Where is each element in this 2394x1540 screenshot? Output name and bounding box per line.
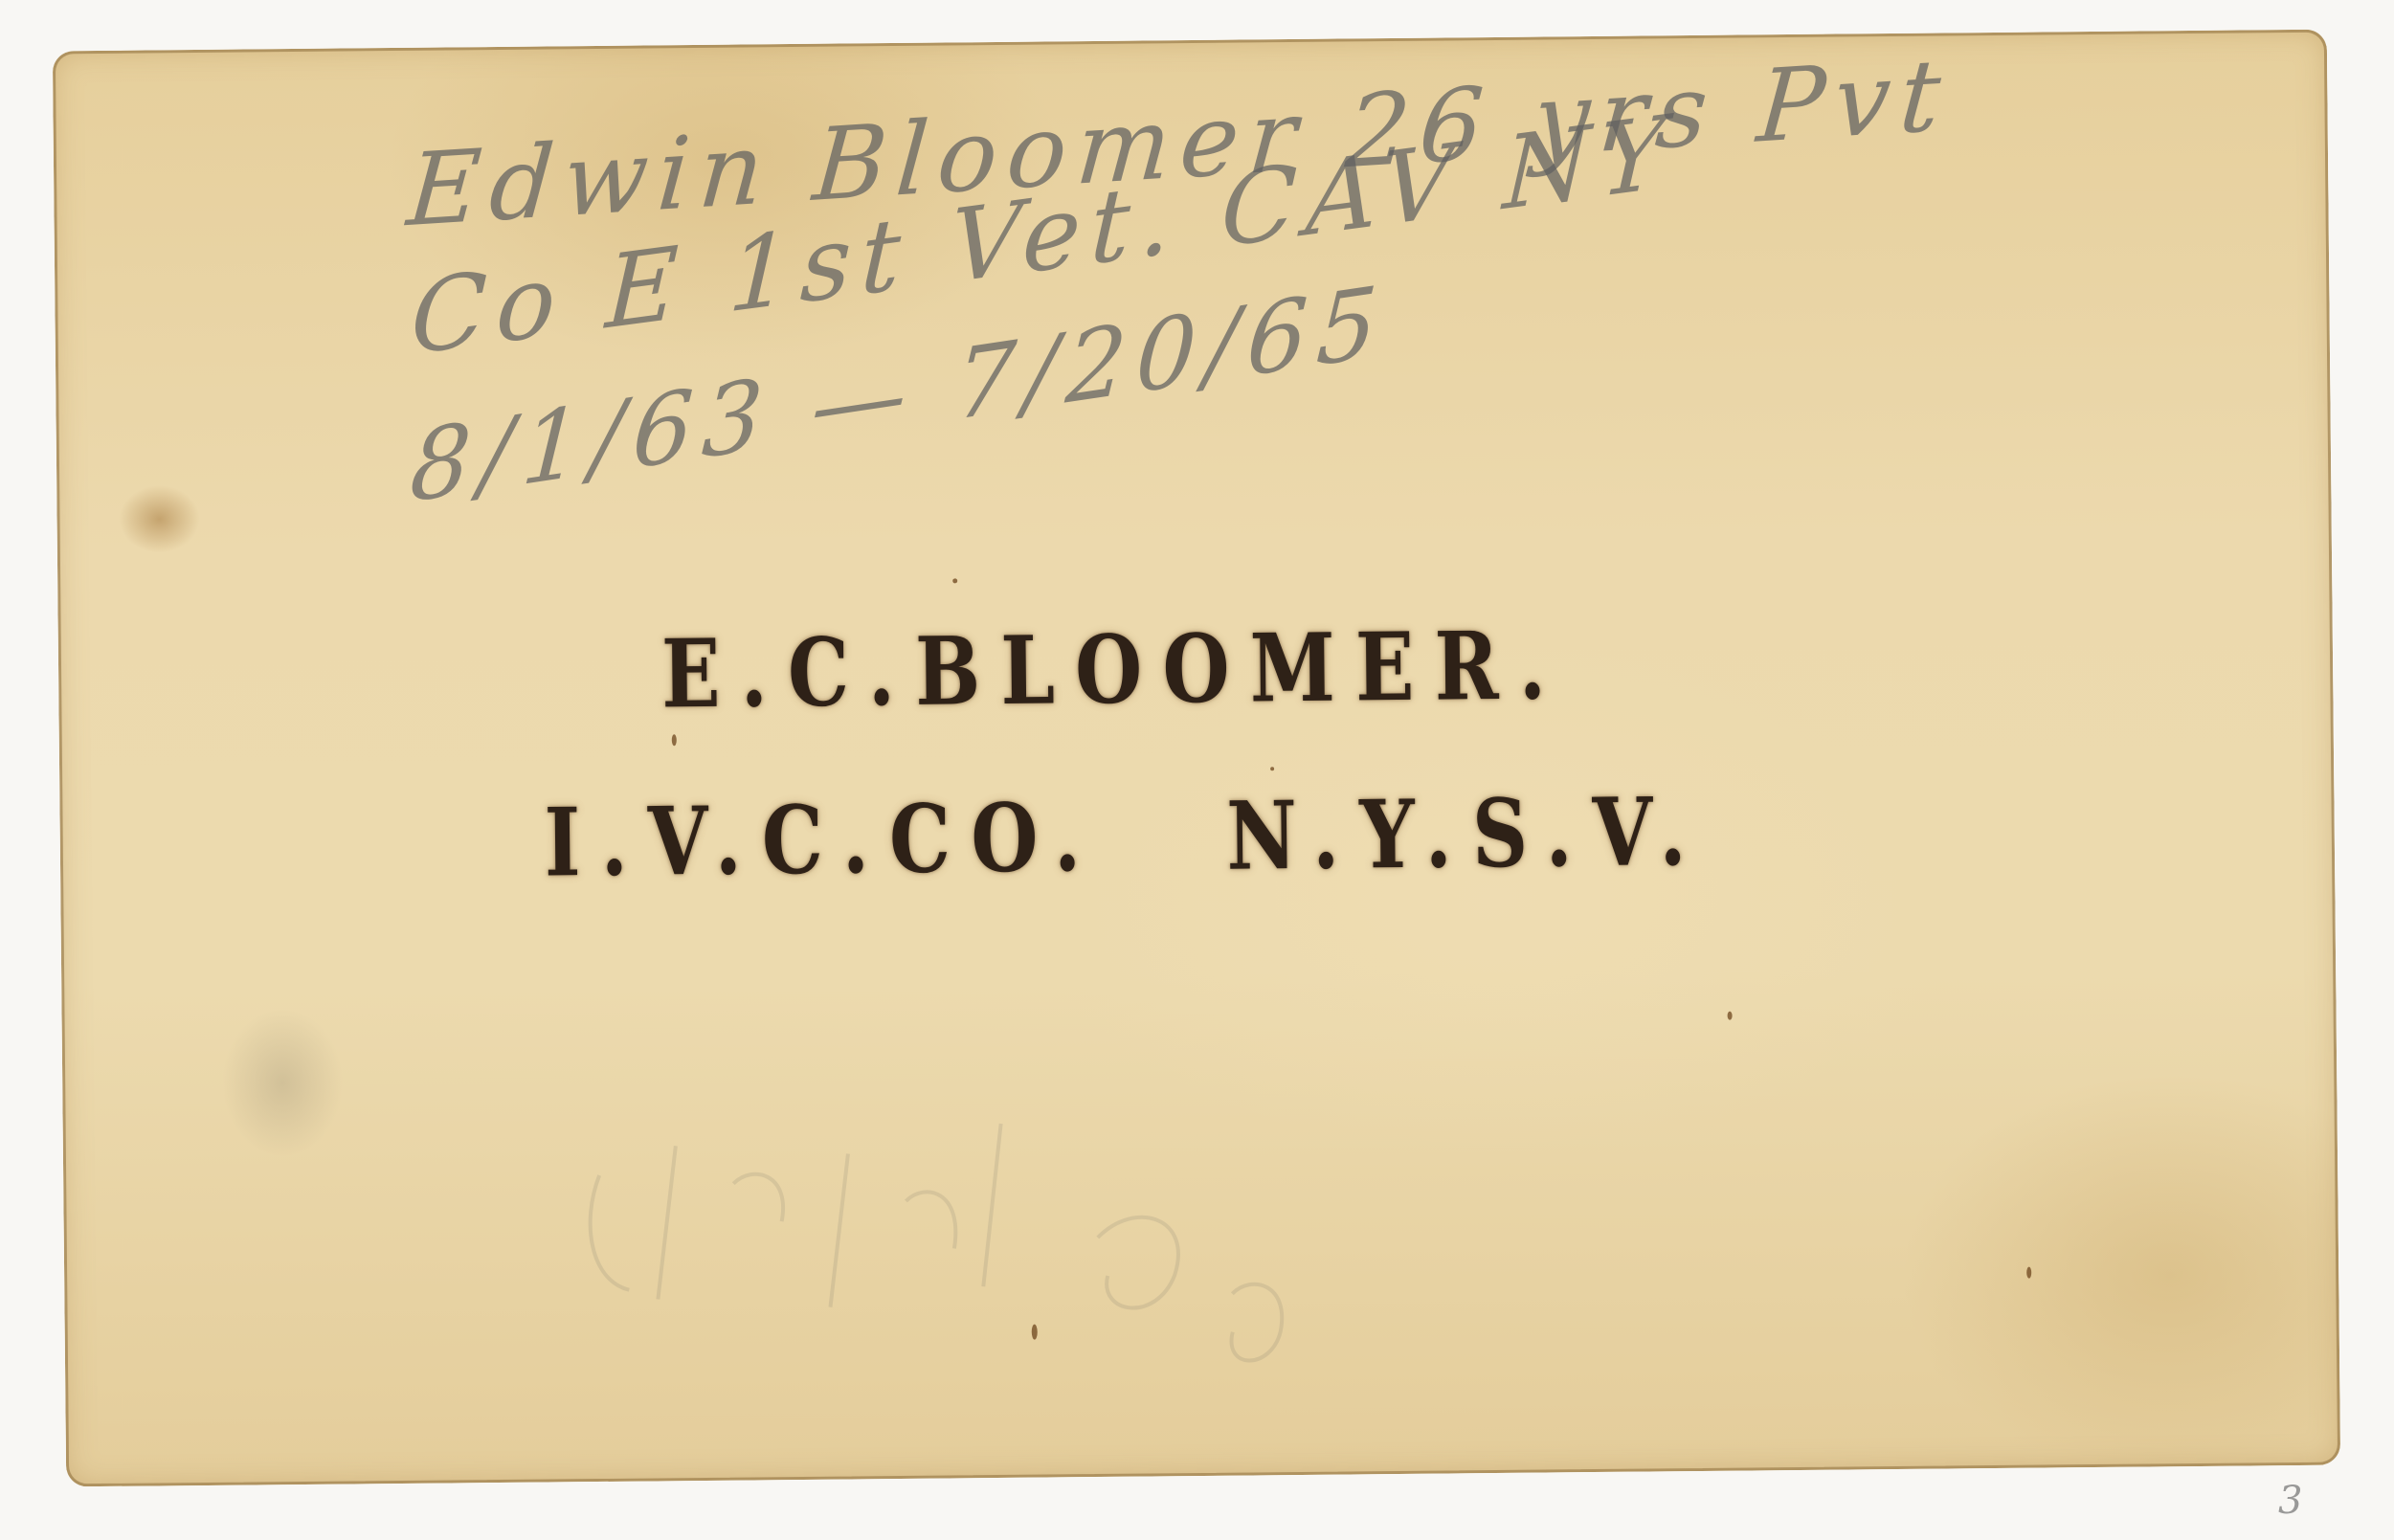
paper-speck [2026, 1267, 2031, 1279]
stencil-unit-company: I.V.C.CO. [544, 783, 1102, 899]
margin-pencil-mark: 3 [2278, 1479, 2302, 1523]
stencil-unit: I.V.C.CO.N.Y.S.V. [544, 777, 1707, 899]
stencil-name: E.C.BLOOMER. [661, 611, 1567, 729]
stencil-unit-state: N.Y.S.V. [1226, 777, 1707, 892]
stencil-gap [1102, 869, 1227, 870]
paper-speck [1728, 1012, 1733, 1020]
paper-speck [1032, 1325, 1038, 1340]
cabinet-card: Edwin Bloomer 26 yrs Pvt Co E 1st Vet. C… [53, 30, 2340, 1487]
paper-speck [952, 578, 957, 583]
scan-background: Edwin Bloomer 26 yrs Pvt Co E 1st Vet. C… [0, 0, 2394, 1540]
paper-speck [672, 734, 677, 746]
erased-pencil-marks [560, 1080, 1616, 1406]
paper-speck [1270, 767, 1274, 770]
